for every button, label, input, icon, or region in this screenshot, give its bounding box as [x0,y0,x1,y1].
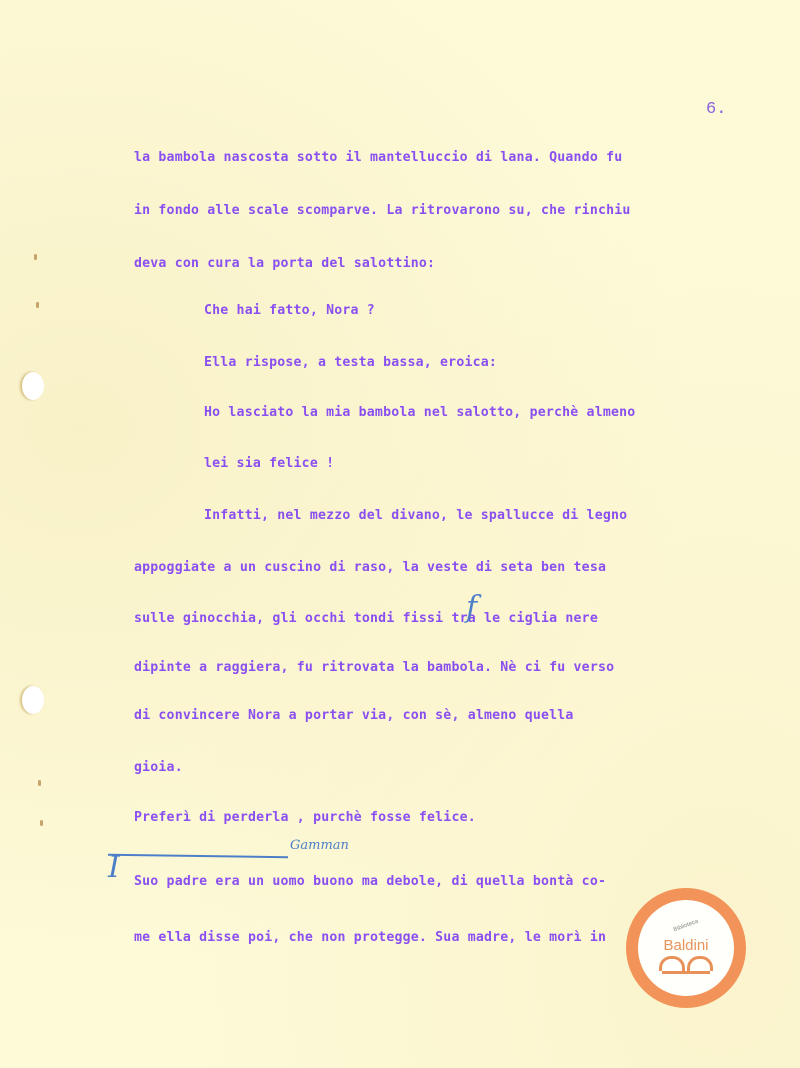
punch-hole [22,372,44,400]
handwritten-note: Gamman [290,838,349,853]
correction-mark: f [466,590,477,625]
text-line: deva con cura la porta del salottino: [134,256,435,271]
text-line: gioia. [134,760,183,775]
text-line: Ho lasciato la mia bambola nel salotto, … [204,405,635,420]
text-line: Ella rispose, a testa bassa, eroica: [204,355,497,370]
margin-numeral: I [108,850,120,885]
text-line: in fondo alle scale scomparve. La ritrov… [134,203,631,218]
library-stamp: Biblioteca Baldini [626,888,746,1008]
stamp-small-text: Biblioteca [673,918,699,933]
text-line: Preferì di perderla , purchè fosse felic… [134,810,476,825]
punch-hole [22,686,44,714]
text-line: sulle ginocchia, gli occhi tondi fissi t… [134,611,598,626]
book-icon [659,956,713,971]
paper-speck [34,254,37,260]
text-line: Infatti, nel mezzo del divano, le spallu… [204,508,627,523]
text-line: Che hai fatto, Nora ? [204,303,375,318]
text-line: appoggiate a un cuscino di raso, la vest… [134,560,606,575]
page-number: 6. [706,100,726,119]
text-line: la bambola nascosta sotto il mantellucci… [134,150,622,165]
text-line: lei sia felice ! [204,456,334,471]
paper-speck [36,302,39,308]
text-line: Suo padre era un uomo buono ma debole, d… [134,874,606,889]
stamp-label: Baldini [663,937,708,954]
text-line: dipinte a raggiera, fu ritrovata la bamb… [134,660,614,675]
paper-speck [38,780,41,786]
stamp-base [662,971,710,974]
paper-speck [40,820,43,826]
text-line: di convincere Nora a portar via, con sè,… [134,708,574,723]
text-line: me ella disse poi, che non protegge. Sua… [134,930,606,945]
